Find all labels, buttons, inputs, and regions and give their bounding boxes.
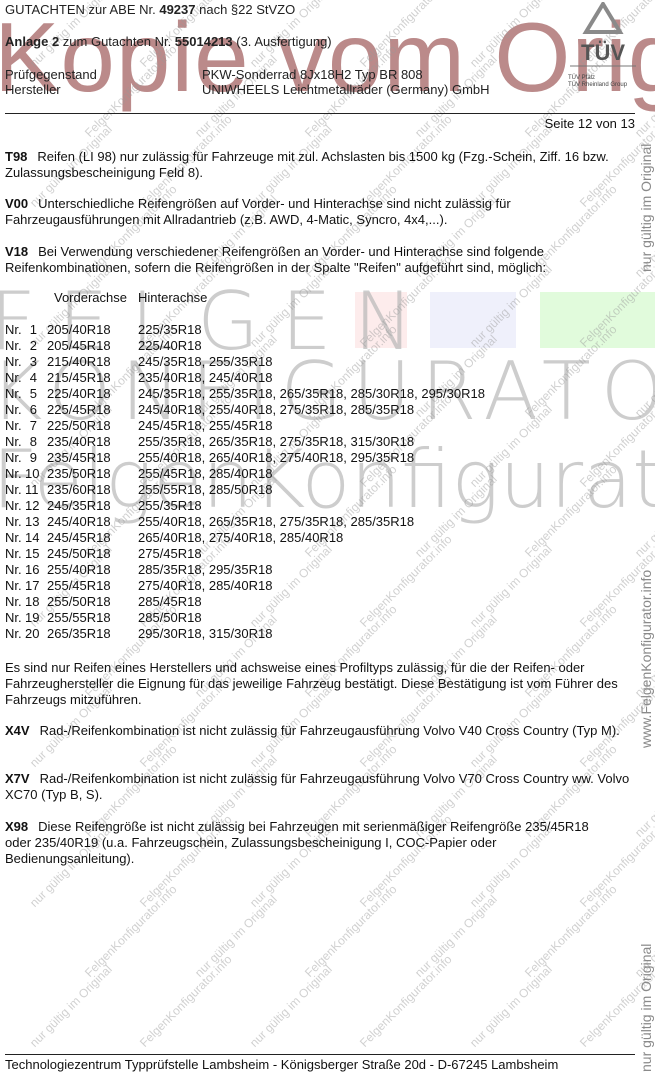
table-row: Nr.5225/40R18245/35R18, 255/35R18, 265/3… [5, 386, 485, 402]
manufacturer-note: Es sind nur Reifen eines Herstellers und… [5, 660, 633, 708]
table-row: Nr.3215/40R18245/35R18, 255/35R18 [5, 354, 485, 370]
table-row: Nr.8235/40R18255/35R18, 265/35R18, 275/3… [5, 434, 485, 450]
row-number: 18 [25, 594, 42, 610]
note-v18: V18Bei Verwendung verschiedener Reifengr… [5, 244, 633, 276]
front-tire: 225/40R18 [42, 386, 138, 402]
field-label-hersteller: Hersteller [5, 82, 61, 97]
front-tire: 215/40R18 [42, 354, 138, 370]
front-tire: 245/50R18 [42, 546, 138, 562]
table-row: Nr.6225/45R18245/40R18, 255/40R18, 275/3… [5, 402, 485, 418]
page-indicator: Seite 12 von 13 [545, 116, 635, 131]
footer-divider [5, 1054, 635, 1055]
diagonal-watermark: nur gültig im Original [412, 892, 500, 980]
rear-tires: 265/40R18, 275/40R18, 285/40R18 [138, 530, 343, 546]
table-row: Nr.14245/45R18265/40R18, 275/40R18, 285/… [5, 530, 485, 546]
row-number: 17 [25, 578, 42, 594]
row-number: 1 [25, 322, 42, 338]
row-prefix: Nr. [5, 546, 25, 562]
row-prefix: Nr. [5, 370, 25, 386]
front-tire: 215/45R18 [42, 370, 138, 386]
rear-tires: 285/45R18 [138, 594, 202, 610]
front-tire: 235/45R18 [42, 450, 138, 466]
table-row: Nr.4215/45R18235/40R18, 245/40R18 [5, 370, 485, 386]
row-prefix: Nr. [5, 530, 25, 546]
note-t98: T98Reifen (LI 98) nur zulässig für Fahrz… [5, 149, 633, 181]
footer-address: Technologiezentrum Typprüfstelle Lambshe… [5, 1057, 558, 1072]
rear-tires: 255/35R18 [138, 498, 202, 514]
note-code: X98 [5, 819, 28, 834]
table-row: Nr.2205/45R18225/40R18 [5, 338, 485, 354]
rear-tires: 255/55R18, 285/50R18 [138, 482, 272, 498]
note-code: X4V [5, 723, 30, 738]
column-header-rear: Hinterachse [138, 290, 207, 306]
tuv-logo: TÜV TÜV Pfalz TÜV Rheinland Group [568, 2, 638, 94]
table-header-row: Vorderachse Hinterachse [5, 290, 485, 306]
rear-tires: 285/35R18, 295/35R18 [138, 562, 272, 578]
row-prefix: Nr. [5, 514, 25, 530]
gutachten-title: GUTACHTEN zur ABE Nr. 49237 nach §22 StV… [5, 2, 295, 17]
diagonal-watermark: FelgenKonfigurator.info [357, 952, 455, 1050]
table-row: Nr.18255/50R18285/45R18 [5, 594, 485, 610]
row-number: 8 [25, 434, 42, 450]
rear-tires: 225/40R18 [138, 338, 202, 354]
table-row: Nr.12245/35R18255/35R18 [5, 498, 485, 514]
row-prefix: Nr. [5, 434, 25, 450]
table-row: Nr.13245/40R18255/40R18, 265/35R18, 275/… [5, 514, 485, 530]
svg-text:TÜV: TÜV [581, 40, 625, 65]
front-tire: 235/60R18 [42, 482, 138, 498]
front-tire: 245/45R18 [42, 530, 138, 546]
note-x7v: X7VRad-/Reifenkombination ist nicht zulä… [5, 771, 633, 803]
note-x98: X98Diese Reifengröße ist nicht zulässig … [5, 819, 615, 867]
anlage-number: 55014213 [175, 34, 233, 49]
row-prefix: Nr. [5, 594, 25, 610]
front-tire: 245/35R18 [42, 498, 138, 514]
diagonal-watermark: nur gültig im Original [467, 962, 555, 1050]
table-row: Nr.17255/45R18275/40R18, 285/40R18 [5, 578, 485, 594]
header-divider [5, 113, 635, 114]
rear-tires: 245/45R18, 255/45R18 [138, 418, 272, 434]
tire-combination-table: Vorderachse Hinterachse Nr.1205/40R18225… [5, 290, 485, 642]
diagonal-watermark: nur gültig im Original [192, 892, 280, 980]
gutachten-number: 49237 [159, 2, 195, 17]
row-number: 14 [25, 530, 42, 546]
row-number: 2 [25, 338, 42, 354]
rear-tires: 285/50R18 [138, 610, 202, 626]
front-tire: 205/45R18 [42, 338, 138, 354]
front-tire: 255/50R18 [42, 594, 138, 610]
rear-tires: 245/35R18, 255/35R18, 265/35R18, 285/30R… [138, 386, 485, 402]
rear-tires: 245/35R18, 255/35R18 [138, 354, 272, 370]
field-value-hersteller: UNIWHEELS Leichtmetallräder (Germany) Gm… [202, 82, 490, 97]
row-prefix: Nr. [5, 386, 25, 402]
table-row: Nr.11235/60R18255/55R18, 285/50R18 [5, 482, 485, 498]
row-prefix: Nr. [5, 482, 25, 498]
table-row: Nr.15245/50R18275/45R18 [5, 546, 485, 562]
front-tire: 235/50R18 [42, 466, 138, 482]
row-number: 4 [25, 370, 42, 386]
rear-tires: 245/40R18, 255/40R18, 275/35R18, 285/35R… [138, 402, 414, 418]
front-tire: 265/35R18 [42, 626, 138, 642]
row-number: 6 [25, 402, 42, 418]
row-number: 9 [25, 450, 42, 466]
diagonal-watermark: nur gültig im Original [27, 962, 115, 1050]
rear-tires: 255/45R18, 285/40R18 [138, 466, 272, 482]
watermark-side-bottom: nur gültig im Original [638, 944, 654, 1072]
table-row: Nr.1205/40R18225/35R18 [5, 322, 485, 338]
row-prefix: Nr. [5, 322, 25, 338]
note-code: V00 [5, 196, 28, 211]
rear-tires: 295/30R18, 315/30R18 [138, 626, 272, 642]
front-tire: 255/40R18 [42, 562, 138, 578]
row-prefix: Nr. [5, 498, 25, 514]
row-prefix: Nr. [5, 402, 25, 418]
front-tire: 205/40R18 [42, 322, 138, 338]
field-label-pruefgegenstand: Prüfgegenstand [5, 67, 97, 82]
rear-tires: 255/40R18, 265/35R18, 275/35R18, 285/35R… [138, 514, 414, 530]
table-row: Nr.16255/40R18285/35R18, 295/35R18 [5, 562, 485, 578]
row-number: 19 [25, 610, 42, 626]
front-tire: 225/45R18 [42, 402, 138, 418]
tuv-logo-line1: TÜV Pfalz [568, 75, 638, 82]
tuv-logo-line2: TÜV Rheinland Group [568, 82, 638, 89]
note-v00: V00Unterschiedliche Reifengrößen auf Vor… [5, 196, 633, 228]
watermark-side-top: nur gültig im Original [638, 144, 654, 272]
rear-tires: 255/40R18, 265/40R18, 275/40R18, 295/35R… [138, 450, 414, 466]
rear-tires: 235/40R18, 245/40R18 [138, 370, 272, 386]
row-number: 3 [25, 354, 42, 370]
rear-tires: 225/35R18 [138, 322, 202, 338]
front-tire: 255/45R18 [42, 578, 138, 594]
tuv-triangle-icon: TÜV [568, 2, 638, 72]
anlage-title: Anlage 2 zum Gutachten Nr. 55014213 (3. … [5, 34, 332, 49]
table-row: Nr.7225/50R18245/45R18, 255/45R18 [5, 418, 485, 434]
row-prefix: Nr. [5, 626, 25, 642]
row-number: 7 [25, 418, 42, 434]
note-code: T98 [5, 149, 27, 164]
front-tire: 235/40R18 [42, 434, 138, 450]
note-x4v: X4VRad-/Reifenkombination ist nicht zulä… [5, 723, 633, 739]
row-prefix: Nr. [5, 338, 25, 354]
row-number: 16 [25, 562, 42, 578]
field-value-pruefgegenstand: PKW-Sonderrad 8Jx18H2 Typ BR 808 [202, 67, 423, 82]
table-row: Nr.20265/35R18295/30R18, 315/30R18 [5, 626, 485, 642]
table-row: Nr.19255/55R18285/50R18 [5, 610, 485, 626]
diagonal-watermark: FelgenKonfigurator.info [302, 882, 400, 980]
rear-tires: 275/40R18, 285/40R18 [138, 578, 272, 594]
row-number: 12 [25, 498, 42, 514]
column-header-front: Vorderachse [42, 290, 138, 306]
row-number: 10 [25, 466, 42, 482]
table-row: Nr.9235/45R18255/40R18, 265/40R18, 275/4… [5, 450, 485, 466]
diagonal-watermark: FelgenKonfigurator.info [137, 952, 235, 1050]
front-tire: 245/40R18 [42, 514, 138, 530]
diagonal-watermark: FelgenKonfigurator.info [82, 882, 180, 980]
diagonal-watermark: nur gültig im Original [247, 962, 335, 1050]
note-code: X7V [5, 771, 30, 786]
table-body: Nr.1205/40R18225/35R18Nr.2205/45R18225/4… [5, 322, 485, 642]
row-prefix: Nr. [5, 418, 25, 434]
row-number: 13 [25, 514, 42, 530]
diagonal-watermark: FelgenKonfigurator.info [522, 882, 620, 980]
front-tire: 255/55R18 [42, 610, 138, 626]
row-prefix: Nr. [5, 578, 25, 594]
row-prefix: Nr. [5, 466, 25, 482]
row-prefix: Nr. [5, 354, 25, 370]
rear-tires: 255/35R18, 265/35R18, 275/35R18, 315/30R… [138, 434, 414, 450]
row-prefix: Nr. [5, 562, 25, 578]
note-code: V18 [5, 244, 28, 259]
row-number: 20 [25, 626, 42, 642]
row-prefix: Nr. [5, 610, 25, 626]
front-tire: 225/50R18 [42, 418, 138, 434]
rear-tires: 275/45R18 [138, 546, 202, 562]
watermark-side-mid: www.FelgenKonfigurator.info [638, 570, 654, 748]
row-number: 11 [25, 482, 42, 498]
row-number: 15 [25, 546, 42, 562]
row-number: 5 [25, 386, 42, 402]
table-row: Nr.10235/50R18255/45R18, 285/40R18 [5, 466, 485, 482]
row-prefix: Nr. [5, 450, 25, 466]
